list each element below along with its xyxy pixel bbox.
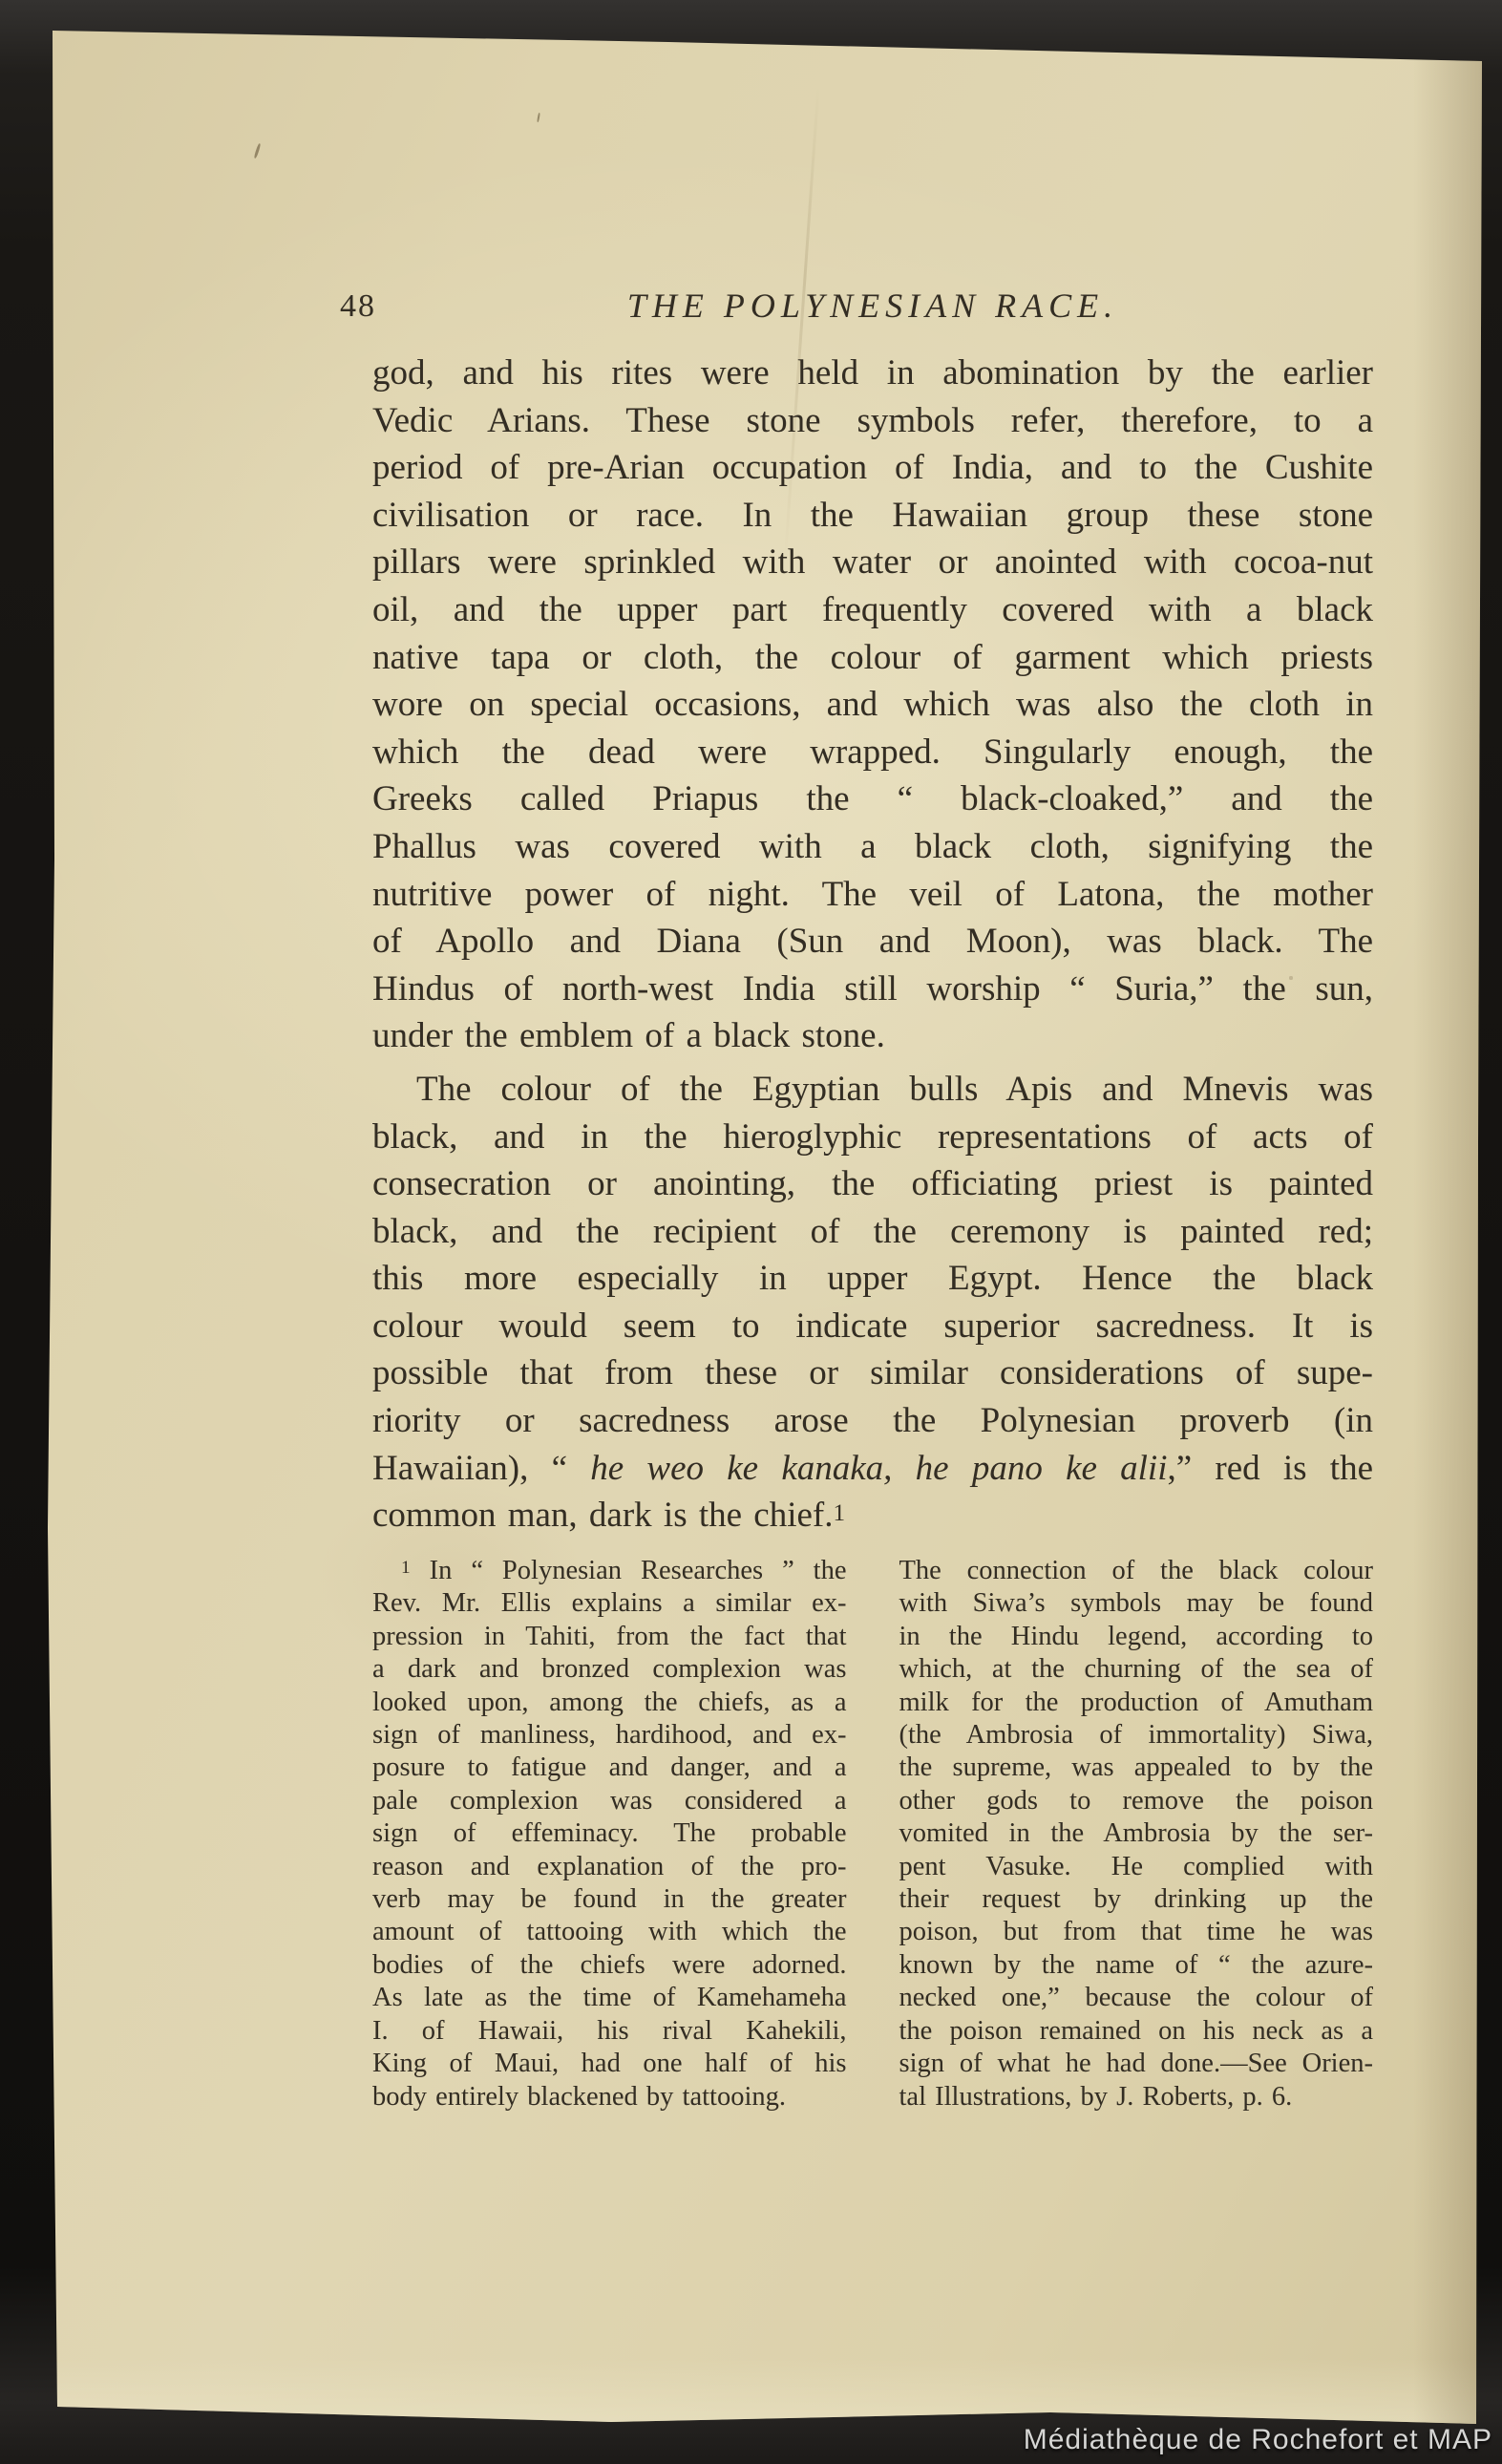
text-line: Vedic Arians. These stone symbols refer,…	[372, 397, 1373, 445]
body-text: god, and his rites were held in abominat…	[372, 350, 1373, 1540]
text-line: vomited in the Ambrosia by the ser-	[899, 1817, 1374, 1850]
page-number: 48	[340, 288, 376, 325]
library-watermark: Médiathèque de Rochefort et MAP	[1024, 2424, 1492, 2456]
text-line: other gods to remove the poison	[899, 1785, 1374, 1817]
text-line: black, and the recipient of the ceremony…	[372, 1208, 1373, 1256]
text-line: with Siwa’s symbols may be found	[899, 1587, 1374, 1620]
text-line: Hawaiian), “ he weo ke kanaka, he pano k…	[372, 1445, 1373, 1493]
paragraph: The connection of the black colourwith S…	[899, 1555, 1374, 2114]
scan-speck	[537, 113, 540, 122]
text-line: oil, and the upper part frequently cover…	[372, 586, 1373, 634]
text-line: Phallus was covered with a black cloth, …	[372, 823, 1373, 871]
text-line: black, and in the hieroglyphic represent…	[372, 1114, 1373, 1161]
text-line: pent Vasuke. He complied with	[899, 1851, 1374, 1883]
text-line: tal Illustrations, by J. Roberts, p. 6.	[899, 2081, 1374, 2114]
text-line: known by the name of “ the azure-	[899, 1949, 1374, 1982]
text-line: verb may be found in the greater	[372, 1883, 847, 1916]
running-title: THE POLYNESIAN RACE.	[372, 286, 1373, 326]
text-line: period of pre-Arian occupation of India,…	[372, 444, 1373, 492]
text-line: consecration or anointing, the officiati…	[372, 1160, 1373, 1208]
text-line: the supreme, was appealed to by the	[899, 1752, 1374, 1784]
text-line: The colour of the Egyptian bulls Apis an…	[372, 1066, 1373, 1114]
text-line: The connection of the black colour	[899, 1555, 1374, 1587]
footnote-column-left: 1 In “ Polynesian Researches ” theRev. M…	[372, 1555, 847, 2114]
text-line: looked upon, among the chiefs, as a	[372, 1687, 847, 1719]
book-page: 48 THE POLYNESIAN RACE. god, and his rit…	[0, 0, 1502, 2464]
text-line: sign of effeminacy. The probable	[372, 1817, 847, 1850]
text-line: which the dead were wrapped. Singularly …	[372, 729, 1373, 776]
text-line: milk for the production of Amutham	[899, 1687, 1374, 1719]
text-line: necked one,” because the colour of	[899, 1982, 1374, 2014]
text-line: nutritive power of night. The veil of La…	[372, 871, 1373, 919]
footnote-section: 1 In “ Polynesian Researches ” theRev. M…	[372, 1555, 1373, 2114]
text-line: in the Hindu legend, according to	[899, 1621, 1374, 1653]
text-line: god, and his rites were held in abominat…	[372, 350, 1373, 397]
text-line: sign of what he had done.—See Orien-	[899, 2048, 1374, 2080]
text-line: pale complexion was considered a	[372, 1785, 847, 1817]
text-line: Greeks called Priapus the “ black-cloake…	[372, 775, 1373, 823]
text-line: I. of Hawaii, his rival Kahekili,	[372, 2015, 847, 2048]
text-line: which, at the churning of the sea of	[899, 1653, 1374, 1686]
paragraph: The colour of the Egyptian bulls Apis an…	[372, 1066, 1373, 1540]
text-line: (the Ambrosia of immortality) Siwa,	[899, 1719, 1374, 1752]
footnote-column-right: The connection of the black colourwith S…	[899, 1555, 1374, 2114]
text-line: poison, but from that time he was	[899, 1916, 1374, 1948]
text-line: the poison remained on his neck as a	[899, 2015, 1374, 2048]
text-line: possible that from these or similar cons…	[372, 1349, 1373, 1397]
text-line: native tapa or cloth, the colour of garm…	[372, 634, 1373, 682]
text-line: pillars were sprinkled with water or ano…	[372, 539, 1373, 586]
text-line: riority or sacredness arose the Polynesi…	[372, 1397, 1373, 1445]
text-line: civilisation or race. In the Hawaiian gr…	[372, 492, 1373, 540]
text-line: Hindus of north-west India still worship…	[372, 966, 1373, 1013]
text-line: bodies of the chiefs were adorned.	[372, 1949, 847, 1982]
text-line: colour would seem to indicate superior s…	[372, 1303, 1373, 1350]
paragraph: 1 In “ Polynesian Researches ” theRev. M…	[372, 1555, 847, 2114]
text-line: this more especially in upper Egypt. Hen…	[372, 1255, 1373, 1303]
text-line: 1 In “ Polynesian Researches ” the	[372, 1555, 847, 1587]
text-line: posure to fatigue and danger, and a	[372, 1752, 847, 1784]
paragraph: god, and his rites were held in abominat…	[372, 350, 1373, 1060]
scan-speck	[254, 143, 262, 159]
text-line: amount of tattooing with which the	[372, 1916, 847, 1948]
text-line: a dark and bronzed complexion was	[372, 1653, 847, 1686]
text-line: reason and explanation of the pro-	[372, 1851, 847, 1883]
text-line: body entirely blackened by tattooing.	[372, 2081, 847, 2114]
text-line: As late as the time of Kamehameha	[372, 1982, 847, 2014]
text-line: under the emblem of a black stone.	[372, 1012, 1373, 1060]
text-line: their request by drinking up the	[899, 1883, 1374, 1916]
text-line: Rev. Mr. Ellis explains a similar ex-	[372, 1587, 847, 1620]
text-line: pression in Tahiti, from the fact that	[372, 1621, 847, 1653]
text-line: common man, dark is the chief.1	[372, 1492, 1373, 1540]
text-line: King of Maui, had one half of his	[372, 2048, 847, 2080]
text-line: of Apollo and Diana (Sun and Moon), was …	[372, 918, 1373, 966]
scanned-book-photo: 48 THE POLYNESIAN RACE. god, and his rit…	[0, 0, 1502, 2464]
text-line: wore on special occasions, and which was…	[372, 681, 1373, 729]
text-line: sign of manliness, hardihood, and ex-	[372, 1719, 847, 1752]
